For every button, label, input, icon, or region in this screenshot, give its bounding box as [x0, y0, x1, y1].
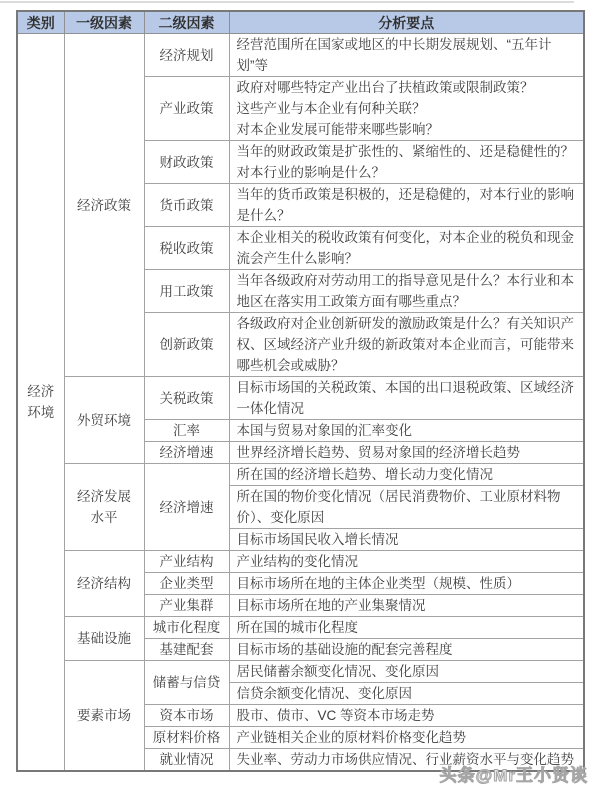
- factor2-cell: 经济规划: [144, 34, 229, 77]
- analysis-point-cell: 政府对哪些特定产业出台了扶植政策或限制政策？ 这些产业与本企业有何种关联？ 对本…: [229, 77, 584, 141]
- factor2-cell: 汇率: [144, 420, 229, 442]
- factor1-cell: 外贸环境: [64, 377, 144, 464]
- factor1-cell: 基础设施: [64, 617, 144, 661]
- factor2-cell: 税收政策: [144, 227, 229, 270]
- analysis-point-cell: 当年各级政府对劳动用工的指导意见是什么？本行业和本地区在落实用工政策方面有哪些重…: [229, 270, 584, 313]
- analysis-point-cell: 股市、债市、VC 等资本市场走势: [229, 705, 584, 727]
- economic-environment-analysis-table: 类别 一级因素 二级因素 分析要点 经济环境经济政策经济规划经营范围所在国家或地…: [16, 10, 585, 772]
- analysis-point-cell: 目标市场国的关税政策、本国的出口退税政策、区域经济一体化情况: [229, 377, 584, 420]
- table-row: 要素市场储蓄与信贷居民储蓄余额变化情况、变化原因: [17, 661, 584, 683]
- table-row: 基础设施城市化程度所在国的城市化程度: [17, 617, 584, 639]
- analysis-point-cell: 目标市场的基础设施的配套完善程度: [229, 639, 584, 661]
- column-header-points: 分析要点: [229, 11, 584, 34]
- analysis-point-cell: 产业结构的变化情况: [229, 551, 584, 573]
- factor2-cell: 货币政策: [144, 184, 229, 227]
- table-row: 外贸环境关税政策目标市场国的关税政策、本国的出口退税政策、区域经济一体化情况: [17, 377, 584, 420]
- analysis-point-cell: 产业链相关企业的原材料价格变化趋势: [229, 727, 584, 749]
- column-header-factor1: 一级因素: [64, 11, 144, 34]
- factor1-cell: 经济结构: [64, 551, 144, 617]
- analysis-point-cell: 目标市场所在地的主体企业类型（规模、性质）: [229, 573, 584, 595]
- factor2-cell: 基建配套: [144, 639, 229, 661]
- factor1-cell: 经济政策: [64, 34, 144, 377]
- table-row: 经济发展水平经济增速所在国的经济增长趋势、增长动力变化情况: [17, 464, 584, 486]
- table-row: 经济结构产业结构产业结构的变化情况: [17, 551, 584, 573]
- page: 类别 一级因素 二级因素 分析要点 经济环境经济政策经济规划经营范围所在国家或地…: [0, 0, 600, 796]
- table-header: 类别 一级因素 二级因素 分析要点: [17, 11, 584, 34]
- analysis-point-cell: 居民储蓄余额变化情况、变化原因: [229, 661, 584, 683]
- header-row: 类别 一级因素 二级因素 分析要点: [17, 11, 584, 34]
- factor2-cell: 就业情况: [144, 749, 229, 772]
- factor2-cell: 产业集群: [144, 595, 229, 617]
- analysis-point-cell: 本企业相关的税收政策有何变化，对本企业的税负和现金流会产生什么影响？: [229, 227, 584, 270]
- factor1-cell: 经济发展水平: [64, 464, 144, 551]
- category-cell: 经济环境: [17, 34, 64, 772]
- column-header-factor2: 二级因素: [144, 11, 229, 34]
- factor2-cell: 财政政策: [144, 141, 229, 184]
- column-header-category: 类别: [17, 11, 64, 34]
- factor2-cell: 城市化程度: [144, 617, 229, 639]
- scan-artifact-line: [0, 1, 574, 3]
- table-body: 经济环境经济政策经济规划经营范围所在国家或地区的中长期发展规划、“五年计划”等产…: [17, 34, 584, 772]
- factor2-cell: 关税政策: [144, 377, 229, 420]
- analysis-point-cell: 信贷余额变化情况、变化原因: [229, 683, 584, 705]
- analysis-point-cell: 经营范围所在国家或地区的中长期发展规划、“五年计划”等: [229, 34, 584, 77]
- factor2-cell: 储蓄与信贷: [144, 661, 229, 705]
- factor2-cell: 资本市场: [144, 705, 229, 727]
- factor2-cell: 企业类型: [144, 573, 229, 595]
- analysis-point-cell: 世界经济增长趋势、贸易对象国的经济增长趋势: [229, 442, 584, 464]
- factor2-cell: 创新政策: [144, 313, 229, 377]
- analysis-point-cell: 目标市场所在地的产业集聚情况: [229, 595, 584, 617]
- analysis-point-cell: 目标市场国民收入增长情况: [229, 529, 584, 551]
- analysis-point-cell: 各级政府对企业创新研发的激励政策是什么？有关知识产权、区域经济产业升级的新政策对…: [229, 313, 584, 377]
- analysis-point-cell: 当年的财政政策是扩张性的、紧缩性的、还是稳健性的？对本行业的影响是什么？: [229, 141, 584, 184]
- factor2-cell: 经济增速: [144, 442, 229, 464]
- factor2-cell: 产业政策: [144, 77, 229, 141]
- factor1-cell: 要素市场: [64, 661, 144, 772]
- factor2-cell: 用工政策: [144, 270, 229, 313]
- analysis-point-cell: 当年的货币政策是积极的，还是稳健的，对本行业的影响是什么？: [229, 184, 584, 227]
- factor2-cell: 产业结构: [144, 551, 229, 573]
- watermark: 头条@Mr王小贤谈: [440, 761, 588, 786]
- table-row: 经济环境经济政策经济规划经营范围所在国家或地区的中长期发展规划、“五年计划”等: [17, 34, 584, 77]
- analysis-point-cell: 本国与贸易对象国的汇率变化: [229, 420, 584, 442]
- analysis-point-cell: 所在国的物价变化情况（居民消费物价、工业原材料物价）、变化原因: [229, 486, 584, 529]
- analysis-point-cell: 所在国的城市化程度: [229, 617, 584, 639]
- factor2-cell: 经济增速: [144, 464, 229, 551]
- factor2-cell: 原材料价格: [144, 727, 229, 749]
- analysis-point-cell: 所在国的经济增长趋势、增长动力变化情况: [229, 464, 584, 486]
